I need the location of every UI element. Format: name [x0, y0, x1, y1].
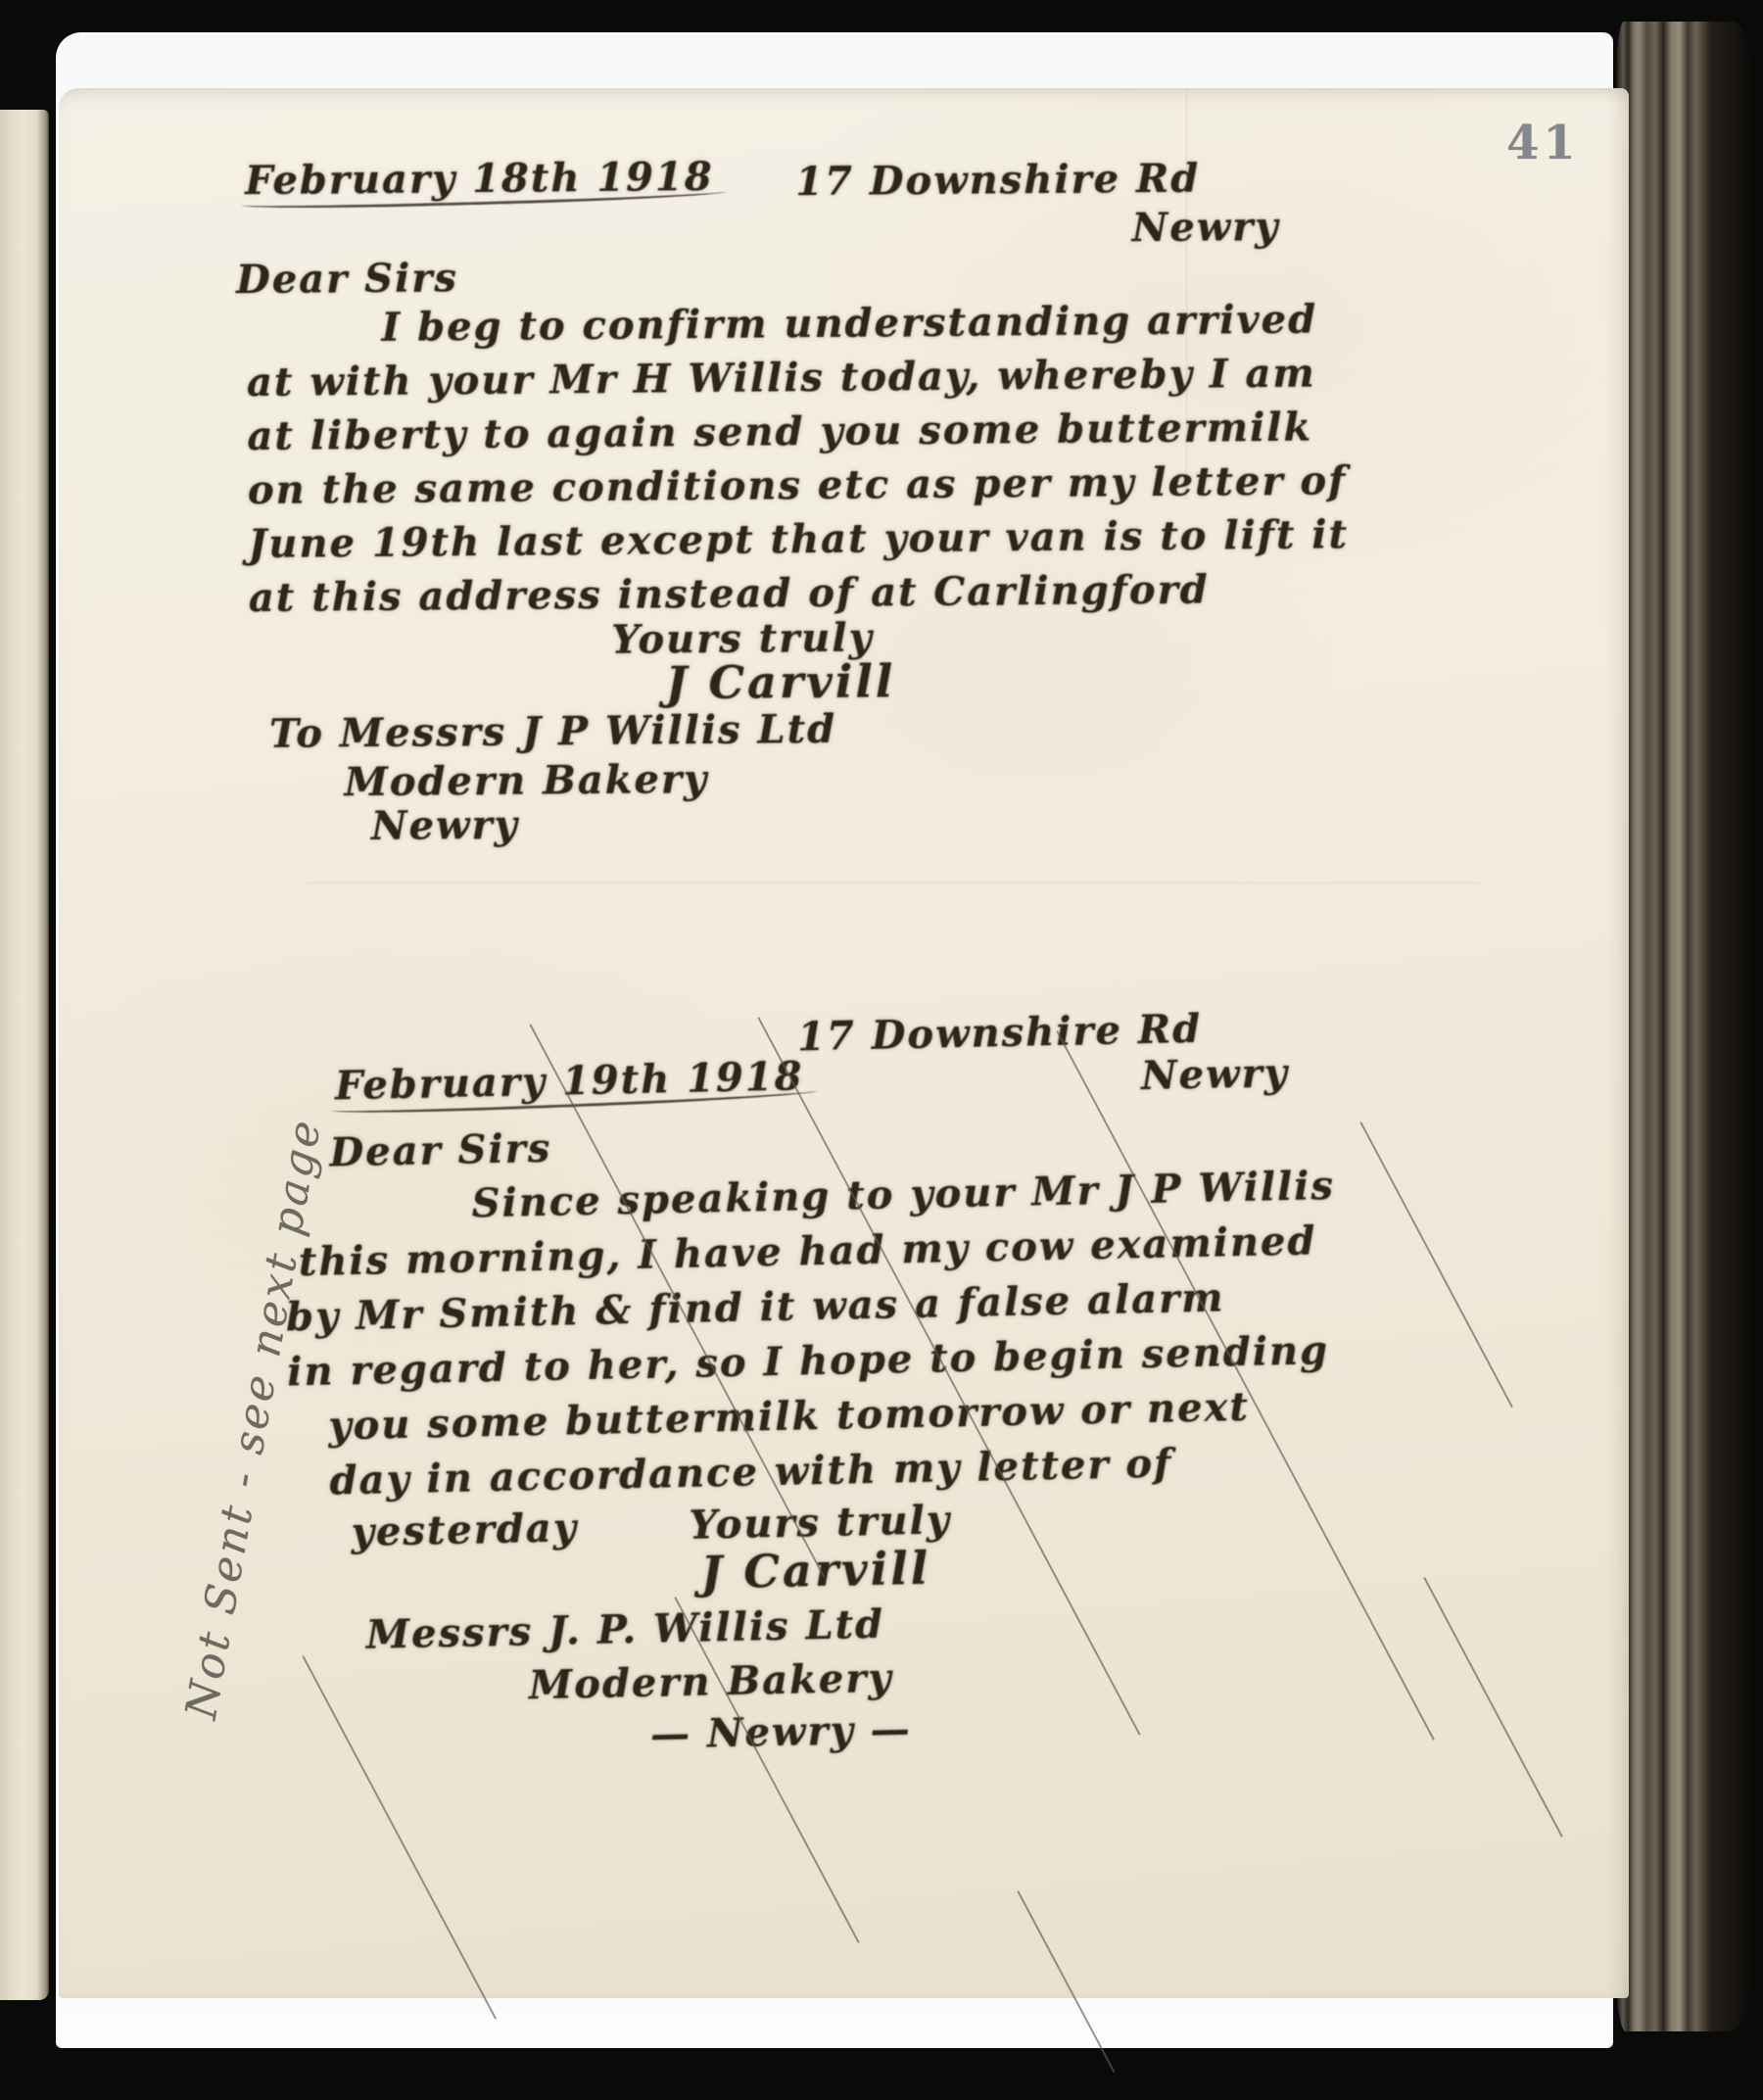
- letter-body-line: Since speaking to your Mr J P Willis: [471, 1167, 1335, 1223]
- letter-body-line: by Mr Smith & find it was a false alarm: [286, 1278, 1225, 1337]
- letter-recipient-line: — Newry —: [650, 1710, 912, 1755]
- letter-address-line-1: 17 Downshire Rd: [797, 1010, 1203, 1058]
- letter-signature: J Carvill: [700, 1546, 931, 1596]
- book-scan-photo: 41 February 18th 1918 17 Downshire Rd Ne…: [0, 0, 1763, 2100]
- letter-feb-19: 17 Downshire Rd Newry February 19th 1918…: [32, 62, 1642, 2004]
- letter-address-line-2: Newry: [1141, 1054, 1290, 1096]
- letter-closing: Yours truly: [689, 1501, 951, 1546]
- letter-body-line: you some buttermilk tomorrow or next: [328, 1388, 1250, 1447]
- letter-body-line: in regard to her, so I hope to begin sen…: [287, 1331, 1330, 1392]
- letter-body-line: yesterday: [351, 1508, 578, 1552]
- letterbook-page: 41 February 18th 1918 17 Downshire Rd Ne…: [59, 88, 1629, 1998]
- letter-recipient-line: Messrs J. P. Willis Ltd: [365, 1605, 884, 1655]
- letter-salutation: Dear Sirs: [329, 1129, 552, 1173]
- letter-body-line: day in accordance with my letter of: [329, 1444, 1173, 1501]
